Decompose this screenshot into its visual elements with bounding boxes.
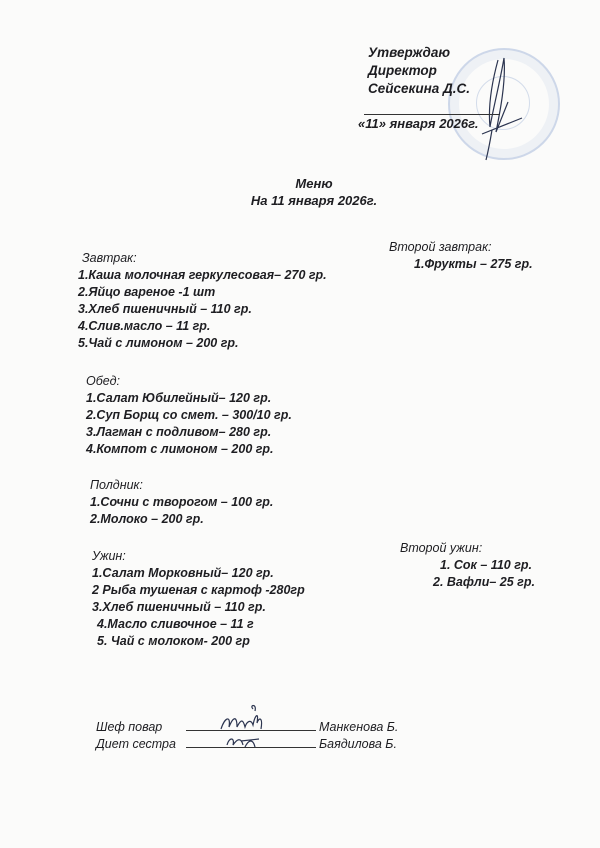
menu-item: 2. Вафли– 25 гр.	[433, 574, 535, 591]
menu-item: 1.Салат Морковный– 120 гр.	[92, 565, 305, 582]
menu-item: 3.Хлеб пшеничный – 110 гр.	[78, 301, 327, 318]
section-header: Второй ужин:	[400, 540, 535, 557]
section-header: Полдник:	[90, 477, 273, 494]
menu-item: 3.Лагман с подливом– 280 гр.	[86, 424, 292, 441]
approval-date: «11» января 2026г.	[358, 116, 479, 131]
approval-signature-line	[364, 114, 500, 115]
menu-item: 1. Сок – 110 гр.	[440, 557, 535, 574]
menu-item: 1.Каша молочная геркулесовая– 270 гр.	[78, 267, 327, 284]
snack-section: Полдник: 1.Сочни с творогом – 100 гр. 2.…	[90, 477, 273, 528]
menu-item: 4.Слив.масло – 11 гр.	[78, 318, 327, 335]
section-header: Завтрак:	[82, 250, 327, 267]
approval-position: Директор	[362, 62, 470, 80]
approval-name: Сейсекина Д.С.	[362, 80, 470, 98]
menu-item: 2.Яйцо вареное -1 шт	[78, 284, 327, 301]
section-header: Обед:	[86, 373, 292, 390]
menu-item: 2.Молоко – 200 гр.	[90, 511, 273, 528]
menu-item: 4.Масло сливочное – 11 г	[97, 616, 305, 633]
menu-item: 1.Салат Юбилейный– 120 гр.	[86, 390, 292, 407]
second-dinner-section: Второй ужин: 1. Сок – 110 гр. 2. Вафли– …	[400, 540, 535, 591]
page-subtitle: На 11 января 2026г.	[0, 192, 600, 210]
section-header: Ужин:	[92, 548, 305, 565]
signature-role: Диет сестра	[96, 736, 186, 753]
second-breakfast-section: Второй завтрак: 1.Фрукты – 275 гр.	[389, 239, 533, 273]
dinner-section: Ужин: 1.Салат Морковный– 120 гр. 2 Рыба …	[92, 548, 305, 650]
menu-item: 1.Фрукты – 275 гр.	[414, 256, 533, 273]
lunch-section: Обед: 1.Салат Юбилейный– 120 гр. 2.Суп Б…	[86, 373, 292, 458]
page-title: Меню	[0, 175, 600, 193]
breakfast-section: Завтрак: 1.Каша молочная геркулесовая– 2…	[82, 250, 327, 352]
approval-title: Утверждаю	[362, 44, 470, 62]
menu-item: 3.Хлеб пшеничный – 110 гр.	[92, 599, 305, 616]
approval-block: Утверждаю Директор Сейсекина Д.С.	[362, 44, 470, 98]
menu-item: 2 Рыба тушеная с картоф -280гр	[92, 582, 305, 599]
signature-role: Шеф повар	[96, 719, 186, 736]
menu-item: 4.Компот с лимоном – 200 гр.	[86, 441, 292, 458]
signature-name: Баядилова Б.	[319, 737, 397, 751]
menu-item: 5. Чай с молоком- 200 гр	[97, 633, 305, 650]
menu-item: 2.Суп Борщ со смет. – 300/10 гр.	[86, 407, 292, 424]
section-header: Второй завтрак:	[389, 239, 533, 256]
signature-name: Манкенова Б.	[319, 720, 398, 734]
menu-item: 1.Сочни с творогом – 100 гр.	[90, 494, 273, 511]
director-signature	[470, 52, 530, 162]
chef-signature	[215, 703, 275, 751]
menu-item: 5.Чай с лимоном – 200 гр.	[78, 335, 327, 352]
